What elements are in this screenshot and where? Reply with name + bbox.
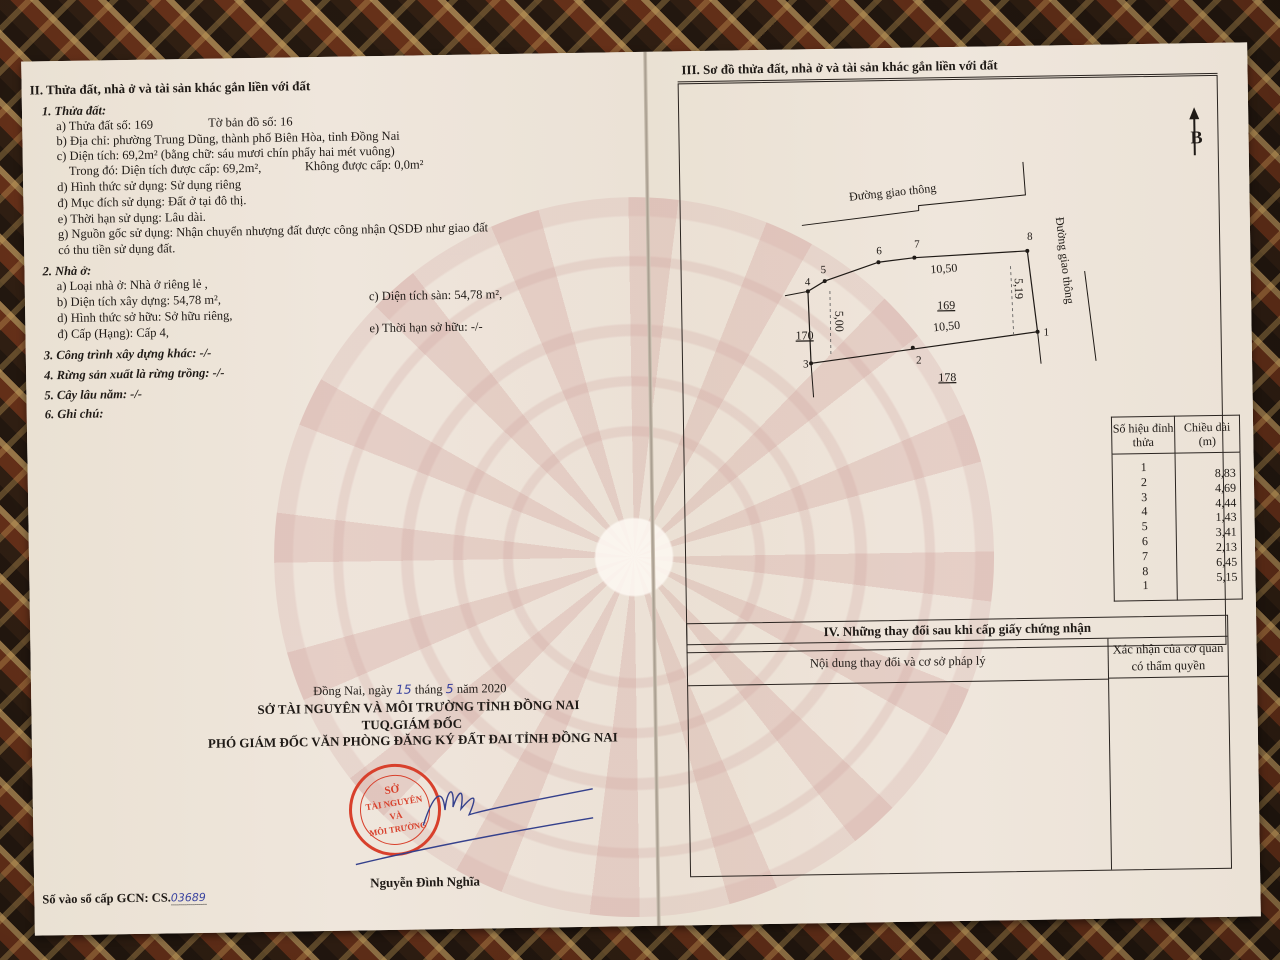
svg-text:2: 2 <box>916 355 922 367</box>
svg-text:1: 1 <box>1043 327 1049 339</box>
authority-confirmation-header: Xác nhận của cơ quan có thẩm quyền <box>1108 637 1228 679</box>
vertex-id: 8 <box>1114 563 1176 579</box>
road-right-edge <box>1085 271 1096 361</box>
edge-length: 2,13 <box>1177 540 1237 556</box>
vertex-id: 5 <box>1114 519 1176 535</box>
edge-length-table: Số hiệu đỉnh thửa Chiều dài (m) 12345678… <box>1111 415 1243 602</box>
vertex-id: 4 <box>1113 504 1175 520</box>
neighbor-178-label: 178 <box>938 370 956 384</box>
road-right-label: Đường giao thông <box>1053 216 1077 305</box>
dim-right-line <box>1011 266 1014 334</box>
column-divider <box>1108 679 1112 870</box>
edge-length: 4,69 <box>1176 480 1236 496</box>
svg-text:7: 7 <box>914 239 920 251</box>
vertex-id: 6 <box>1114 534 1176 550</box>
neighbor-boundary <box>1038 332 1042 364</box>
vertex-id: 1 <box>1114 578 1176 594</box>
svg-text:8: 8 <box>1027 231 1033 243</box>
neighbor-boundary <box>785 291 808 295</box>
dim-bottom-label: 10,50 <box>932 318 960 335</box>
svg-text:5: 5 <box>820 264 826 276</box>
parcel-169-outline <box>807 251 1038 364</box>
vertex-id: 3 <box>1113 489 1175 505</box>
land-use-certificate: II. Thửa đất, nhà ở và tài sản khác gắn … <box>21 42 1261 935</box>
dim-left-label: 5,00 <box>832 311 846 332</box>
vertex-id: 2 <box>1113 474 1175 490</box>
svg-text:3: 3 <box>803 358 809 370</box>
north-symbol: B <box>1190 127 1202 147</box>
vertex-list: 123456781 <box>1113 454 1177 594</box>
dim-top-label: 10,50 <box>930 261 958 277</box>
edge-length: 4,44 <box>1176 495 1236 511</box>
svg-text:6: 6 <box>876 245 882 257</box>
edge-length: 6,45 <box>1177 554 1237 570</box>
length-column-header: Chiều dài (m) <box>1174 415 1240 453</box>
parcel-number-label: 169 <box>937 298 955 312</box>
edge-length: 8,83 <box>1176 466 1236 482</box>
svg-text:4: 4 <box>805 276 811 288</box>
dim-left-line <box>830 291 831 357</box>
neighbor-boundary <box>811 363 814 397</box>
changes-after-issuance: IV. Những thay đổi sau khi cấp giấy chứn… <box>686 615 1232 877</box>
road-top-label: Đường giao thông <box>848 181 936 204</box>
neighbor-170-label: 170 <box>795 328 813 342</box>
length-list: 8,834,694,441,433,412,136,455,15 <box>1176 453 1238 585</box>
vertex-column-header: Số hiệu đỉnh thửa <box>1111 416 1175 454</box>
dim-right-label: 5,19 <box>1012 278 1026 299</box>
edge-length: 1,43 <box>1176 510 1236 526</box>
change-content-header: Nội dung thay đổi và cơ sở pháp lý <box>687 639 1109 687</box>
edge-length: 3,41 <box>1177 525 1237 541</box>
vertex-id: 1 <box>1113 460 1175 476</box>
edge-length: 5,15 <box>1177 569 1237 585</box>
vertex-id: 7 <box>1114 548 1176 564</box>
